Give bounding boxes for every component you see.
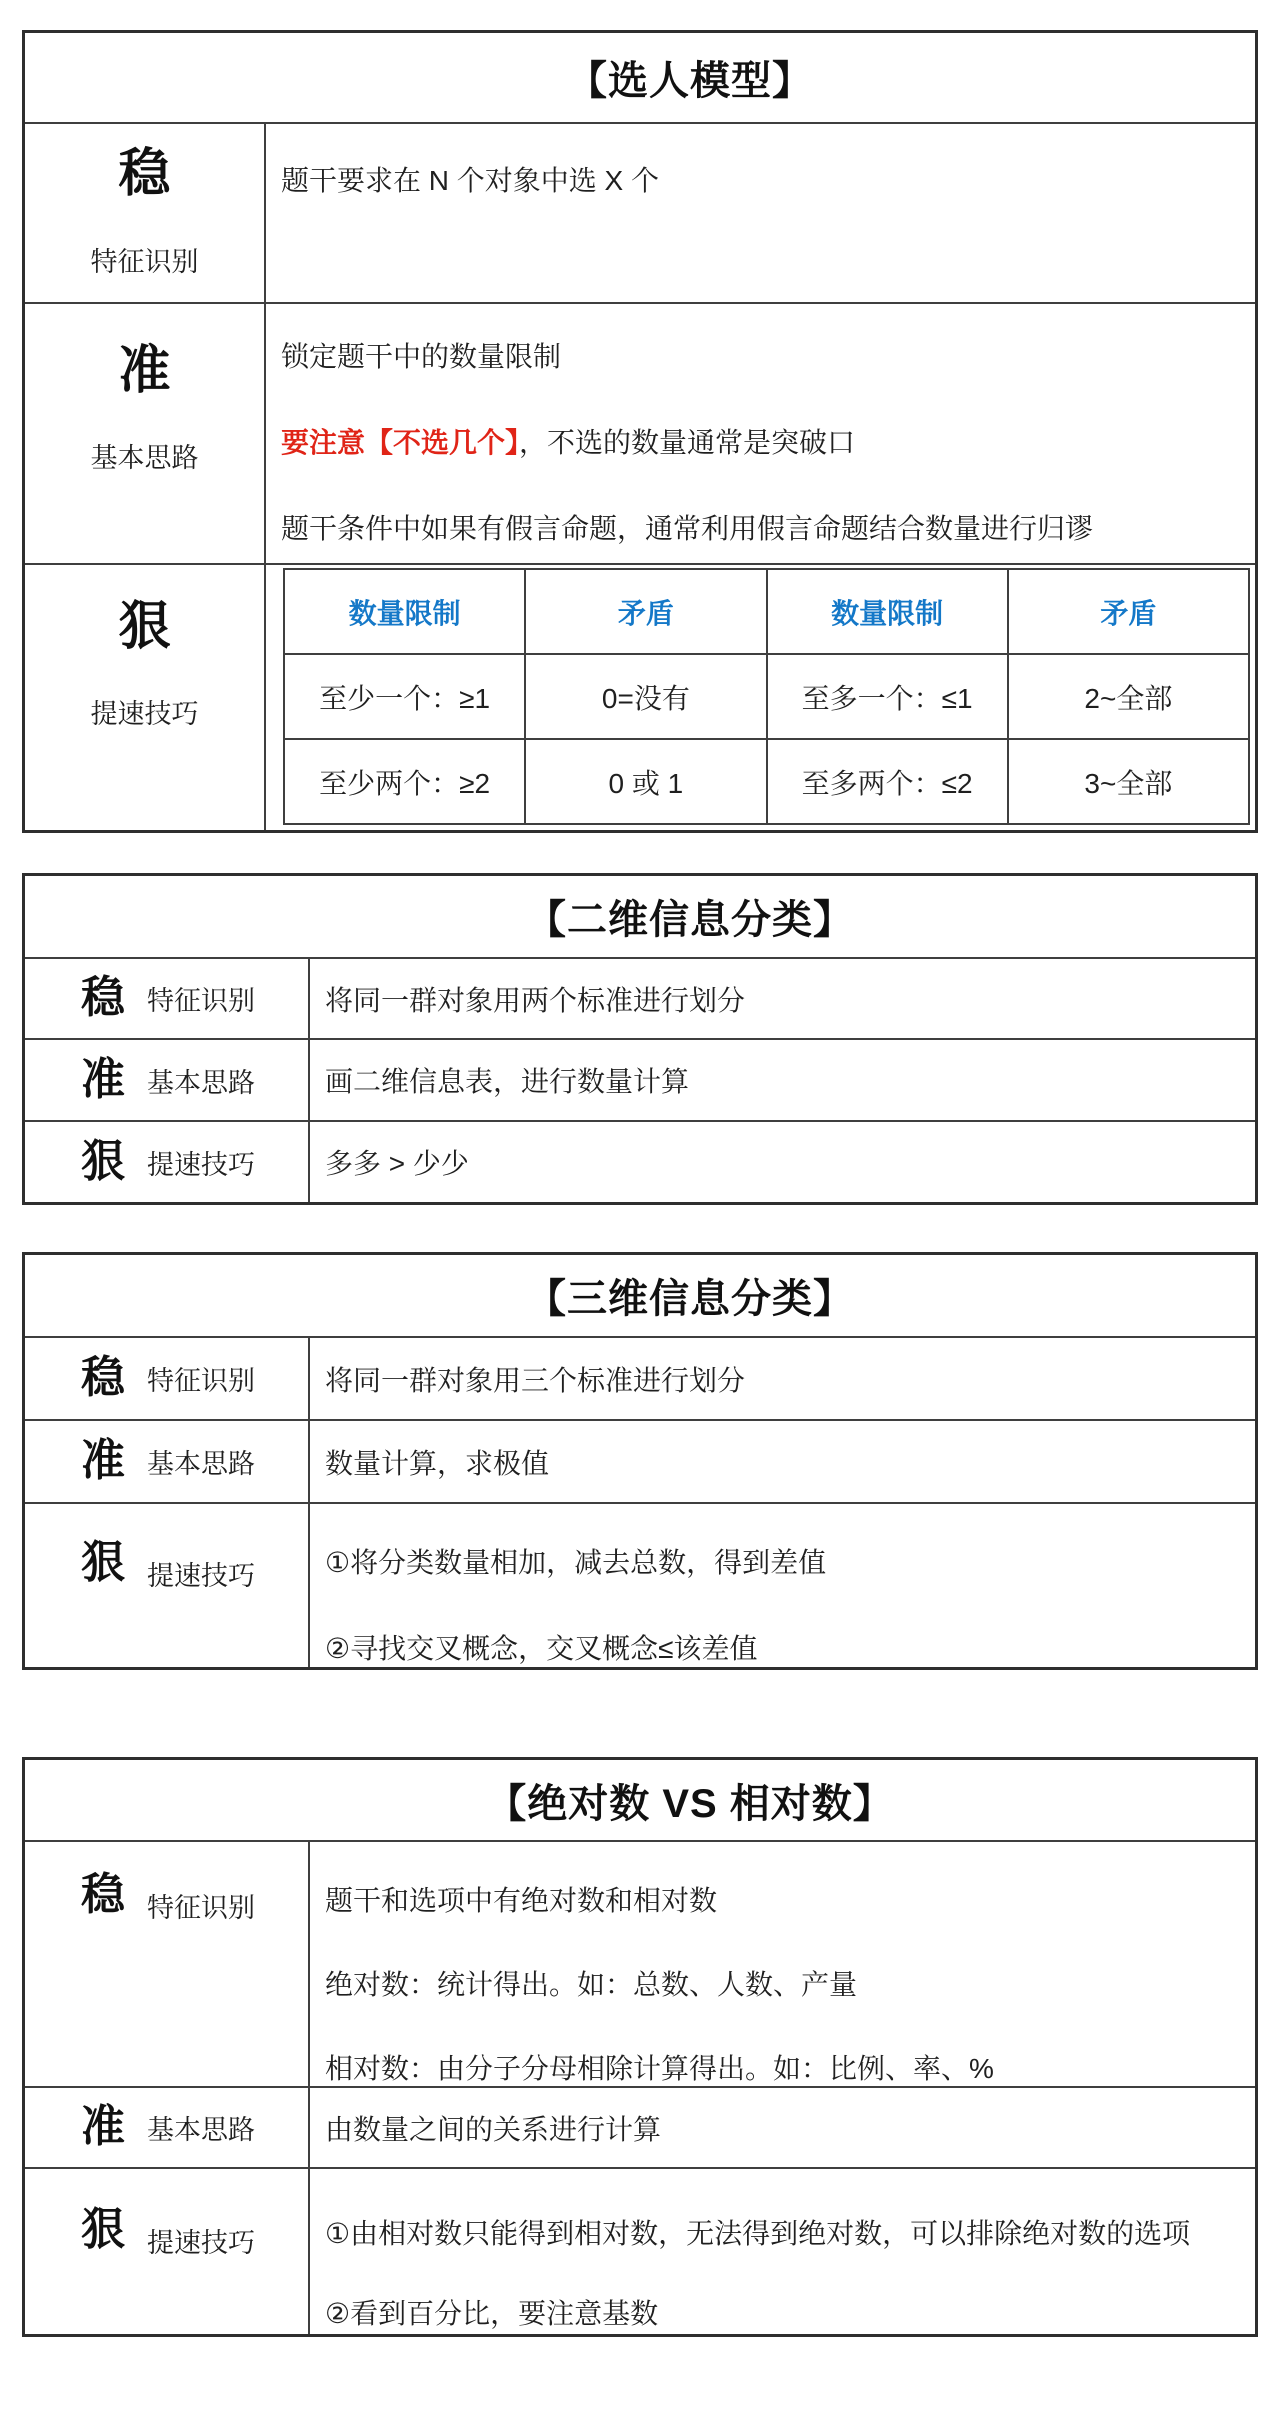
mini-cell: 0 或 1 <box>525 739 766 824</box>
mini-header-cell: 矛盾 <box>525 569 766 654</box>
key-char: 准 <box>118 344 170 399</box>
cell-text: 数量计算，求极值 <box>325 1442 549 1482</box>
row-header-cell: 准 基本思路 <box>25 1421 310 1502</box>
mini-data-row: 至少两个：≥2 0 或 1 至多两个：≤2 3~全部 <box>284 739 1249 824</box>
cell-text: 题干条件中如果有假言命题，通常利用假言命题结合数量进行归谬 <box>281 512 1235 546</box>
row-header-cell: 稳 特征识别 <box>25 1842 310 2086</box>
cell-text: 相对数：由分子分母相除计算得出。如：比例、率、% <box>325 2052 1235 2086</box>
row-header-cell: 狠 提速技巧 <box>25 1122 310 1202</box>
card-title: 【绝对数 VS 相对数】 <box>25 1760 1255 1840</box>
key-label: 基本思路 <box>91 436 199 475</box>
key-label: 提速技巧 <box>147 1143 255 1182</box>
key-char: 狠 <box>118 600 170 655</box>
row-content-cell: 多多 > 少少 <box>310 1122 1255 1202</box>
row-header-cell: 稳 特征识别 <box>25 959 310 1038</box>
key-char: 狠 <box>81 1540 125 1586</box>
row-content-cell: 由数量之间的关系进行计算 <box>310 2088 1255 2167</box>
cell-text: 绝对数：统计得出。如：总数、人数、产量 <box>325 1968 1235 2002</box>
cell-text: ②看到百分比，要注意基数 <box>325 2297 1235 2331</box>
card-title-text: 【选人模型】 <box>567 49 813 106</box>
mini-header-cell: 矛盾 <box>1008 569 1249 654</box>
mini-header-cell: 数量限制 <box>767 569 1008 654</box>
feature-row-zhun: 准 基本思路 由数量之间的关系进行计算 <box>25 2086 1255 2167</box>
row-header-cell: 准 基本思路 <box>25 304 266 563</box>
key-char: 狠 <box>81 2207 125 2253</box>
row-content-cell: 锁定题干中的数量限制 要注意【不选几个】，不选的数量通常是突破口 题干条件中如果… <box>266 304 1255 563</box>
row-content-cell: 将同一群对象用两个标准进行划分 <box>310 959 1255 1038</box>
row-content-cell: 数量计算，求极值 <box>310 1421 1255 1502</box>
card-title-text: 【三维信息分类】 <box>526 1267 854 1324</box>
cell-text: 画二维信息表，进行数量计算 <box>325 1060 689 1100</box>
key-label: 特征识别 <box>147 979 255 1018</box>
row-content-cell: ①将分类数量相加，减去总数，得到差值 ②寻找交叉概念，交叉概念≤该差值 <box>310 1504 1255 1667</box>
cell-text: 题干要求在 N 个对象中选 X 个 <box>281 164 1235 198</box>
card-3d-classification: 【三维信息分类】 稳 特征识别 将同一群对象用三个标准进行划分 准 基本思路 数… <box>22 1252 1258 1670</box>
feature-row-hen: 狠 提速技巧 多多 > 少少 <box>25 1120 1255 1202</box>
cell-text: 题干和选项中有绝对数和相对数 <box>325 1884 1235 1918</box>
key-char: 准 <box>81 1438 125 1484</box>
row-content-cell: 数量限制 矛盾 数量限制 矛盾 至少一个：≥1 0=没有 至多一个：≤1 2~全… <box>266 565 1255 830</box>
row-header-cell: 稳 特征识别 <box>25 124 266 302</box>
card-title: 【二维信息分类】 <box>25 876 1255 957</box>
key-char: 稳 <box>81 975 125 1021</box>
key-label: 提速技巧 <box>91 692 199 731</box>
cell-text: 锁定题干中的数量限制 <box>281 340 1235 374</box>
key-char: 准 <box>81 2104 125 2150</box>
card-title: 【选人模型】 <box>25 33 1255 122</box>
feature-row-wen: 稳 特征识别 将同一群对象用两个标准进行划分 <box>25 957 1255 1038</box>
feature-row-wen: 稳 特征识别 将同一群对象用三个标准进行划分 <box>25 1336 1255 1419</box>
mini-data-row: 至少一个：≥1 0=没有 至多一个：≤1 2~全部 <box>284 654 1249 739</box>
key-char: 稳 <box>118 147 170 202</box>
cell-text: ①由相对数只能得到相对数，无法得到绝对数，可以排除绝对数的选项 <box>325 2217 1235 2251</box>
row-header-cell: 狠 提速技巧 <box>25 2169 310 2334</box>
key-label: 基本思路 <box>147 1061 255 1100</box>
mini-cell: 至少一个：≥1 <box>284 654 525 739</box>
cell-text-highlight: 要注意【不选几个】，不选的数量通常是突破口 <box>281 426 1235 460</box>
cell-text: ①将分类数量相加，减去总数，得到差值 <box>325 1546 1235 1580</box>
key-char: 稳 <box>81 1872 125 1918</box>
row-content-cell: 画二维信息表，进行数量计算 <box>310 1040 1255 1120</box>
row-header-cell: 准 基本思路 <box>25 1040 310 1120</box>
feature-row-zhun: 准 基本思路 画二维信息表，进行数量计算 <box>25 1038 1255 1120</box>
mini-cell: 至少两个：≥2 <box>284 739 525 824</box>
highlight-red-text: 要注意【不选几个】 <box>281 427 519 458</box>
key-char: 狠 <box>81 1139 125 1185</box>
card-absolute-vs-relative: 【绝对数 VS 相对数】 稳 特征识别 题干和选项中有绝对数和相对数 绝对数：统… <box>22 1757 1258 2337</box>
feature-row-wen: 稳 特征识别 题干要求在 N 个对象中选 X 个 <box>25 122 1255 302</box>
card-title: 【三维信息分类】 <box>25 1255 1255 1336</box>
cell-text: 将同一群对象用三个标准进行划分 <box>325 1359 745 1399</box>
cell-text: 多多 > 少少 <box>325 1142 469 1182</box>
key-char: 准 <box>81 1057 125 1103</box>
cell-text: 将同一群对象用两个标准进行划分 <box>325 979 745 1019</box>
row-content-cell: 题干和选项中有绝对数和相对数 绝对数：统计得出。如：总数、人数、产量 相对数：由… <box>310 1842 1255 2086</box>
key-label: 特征识别 <box>147 1886 255 1925</box>
feature-row-hen: 狠 提速技巧 数量限制 矛盾 数量限制 矛盾 至少一个：≥1 0=没有 至多一个… <box>25 563 1255 830</box>
feature-row-wen: 稳 特征识别 题干和选项中有绝对数和相对数 绝对数：统计得出。如：总数、人数、产… <box>25 1840 1255 2086</box>
key-char: 稳 <box>81 1355 125 1401</box>
row-header-cell: 狠 提速技巧 <box>25 1504 310 1667</box>
row-content-cell: 题干要求在 N 个对象中选 X 个 <box>266 124 1255 302</box>
card-2d-classification: 【二维信息分类】 稳 特征识别 将同一群对象用两个标准进行划分 准 基本思路 画… <box>22 873 1258 1205</box>
row-content-cell: 将同一群对象用三个标准进行划分 <box>310 1338 1255 1419</box>
card-title-text: 【二维信息分类】 <box>526 888 854 945</box>
mini-cell: 2~全部 <box>1008 654 1249 739</box>
key-label: 提速技巧 <box>147 2221 255 2260</box>
feature-row-hen: 狠 提速技巧 ①将分类数量相加，减去总数，得到差值 ②寻找交叉概念，交叉概念≤该… <box>25 1502 1255 1667</box>
card-title-text: 【绝对数 VS 相对数】 <box>486 1772 894 1829</box>
key-label: 特征识别 <box>91 240 199 279</box>
key-label: 提速技巧 <box>147 1554 255 1593</box>
quantity-contradiction-table: 数量限制 矛盾 数量限制 矛盾 至少一个：≥1 0=没有 至多一个：≤1 2~全… <box>283 568 1250 825</box>
key-label: 基本思路 <box>147 1442 255 1481</box>
mini-header-row: 数量限制 矛盾 数量限制 矛盾 <box>284 569 1249 654</box>
mini-cell: 至多两个：≤2 <box>767 739 1008 824</box>
cell-text: 由数量之间的关系进行计算 <box>325 2108 661 2148</box>
key-label: 特征识别 <box>147 1359 255 1398</box>
mini-header-cell: 数量限制 <box>284 569 525 654</box>
feature-row-zhun: 准 基本思路 锁定题干中的数量限制 要注意【不选几个】，不选的数量通常是突破口 … <box>25 302 1255 563</box>
document-page: 【选人模型】 稳 特征识别 题干要求在 N 个对象中选 X 个 准 基本思路 锁… <box>0 0 1280 2409</box>
mini-cell: 至多一个：≤1 <box>767 654 1008 739</box>
row-header-cell: 稳 特征识别 <box>25 1338 310 1419</box>
key-label: 基本思路 <box>147 2108 255 2147</box>
row-header-cell: 准 基本思路 <box>25 2088 310 2167</box>
row-header-cell: 狠 提速技巧 <box>25 565 266 830</box>
row-content-cell: ①由相对数只能得到相对数，无法得到绝对数，可以排除绝对数的选项 ②看到百分比，要… <box>310 2169 1255 2334</box>
mini-cell: 3~全部 <box>1008 739 1249 824</box>
feature-row-hen: 狠 提速技巧 ①由相对数只能得到相对数，无法得到绝对数，可以排除绝对数的选项 ②… <box>25 2167 1255 2334</box>
card-selection-model: 【选人模型】 稳 特征识别 题干要求在 N 个对象中选 X 个 准 基本思路 锁… <box>22 30 1258 833</box>
feature-row-zhun: 准 基本思路 数量计算，求极值 <box>25 1419 1255 1502</box>
highlight-rest-text: ，不选的数量通常是突破口 <box>519 427 855 458</box>
cell-text: ②寻找交叉概念，交叉概念≤该差值 <box>325 1632 1235 1666</box>
mini-cell: 0=没有 <box>525 654 766 739</box>
